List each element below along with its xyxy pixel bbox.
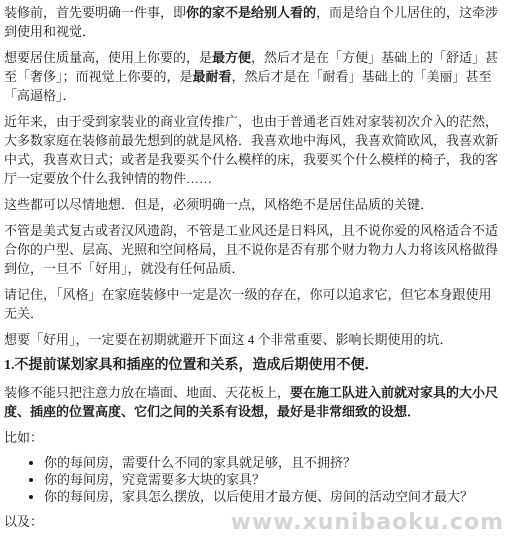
paragraph: 请记住，「风格」在家庭装修中一定是次一级的存在，你可以追求它，但它本身跟使用无关…	[4, 285, 502, 323]
text-run: 想要「好用」，一定要在初期就避开下面这 4 个非常重要、影响长期使用的坑．	[4, 332, 453, 347]
article-body: 装修前，首先要明确一件事，即你的家不是给别人看的，而是给自个儿居住的，这牵涉到使…	[0, 0, 506, 531]
text-run: 以及：	[4, 514, 43, 529]
paragraph: 想要居住质量高，使用上你要的，是最方便，然后才是在「方便」基础上的「舒适」甚至「…	[4, 48, 502, 105]
text-run: 近年来，由于受到家装业的商业宣传推广，也由于普通老百姓对家装初次介入的茫然，大多…	[4, 114, 498, 186]
paragraph: 这些都可以尽情地想．但是，必须明确一点，风格绝不是居住品质的关键．	[4, 195, 502, 214]
text-run: 装修不能只把注意力放在墙面、地面、天花板上，	[4, 385, 290, 400]
text-run: 不管是美式复古或者汉风遗韵，不管是工业风还是日料风，且不说你爱的风格适合不适合你…	[4, 223, 498, 276]
paragraph: 比如：	[4, 428, 502, 447]
list-item: 你的每间房，需要什么不同的家具就足够，且不拥挤？	[44, 454, 502, 471]
bold-run: 最方便	[212, 50, 251, 65]
list-item: 你的每间房，家具怎么摆放，以后使用才最方便、房间的活动空间才最大？	[44, 488, 502, 505]
paragraph: 近年来，由于受到家装业的商业宣传推广，也由于普通老百姓对家装初次介入的茫然，大多…	[4, 112, 502, 188]
text-run: 这些都可以尽情地想．但是，必须明确一点，风格绝不是居住品质的关键．	[4, 197, 433, 212]
bold-run: 你的家不是给别人看的	[186, 5, 316, 20]
text-run: 想要居住质量高，使用上你要的，是	[4, 50, 212, 65]
bold-run: 最耐看	[193, 69, 232, 84]
section-heading: 1.不提前谋划家具和插座的位置和关系，造成后期使用不便．	[4, 356, 502, 376]
text-run: 装修前，首先要明确一件事，即	[4, 5, 186, 20]
list-item: 你的每间房，究竟需要多大块的家具？	[44, 471, 502, 488]
paragraph: 不管是美式复古或者汉风遗韵，不管是工业风还是日料风，且不说你爱的风格适合不适合你…	[4, 221, 502, 278]
site-watermark: www.xunibaoku.com	[231, 510, 504, 535]
paragraph: 想要「好用」，一定要在初期就避开下面这 4 个非常重要、影响长期使用的坑．	[4, 330, 502, 349]
example-list: 你的每间房，需要什么不同的家具就足够，且不拥挤？ 你的每间房，究竟需要多大块的家…	[4, 454, 502, 505]
paragraph: 装修前，首先要明确一件事，即你的家不是给别人看的，而是给自个儿居住的，这牵涉到使…	[4, 3, 502, 41]
text-run: 比如：	[4, 430, 43, 445]
text-run: 请记住，「风格」在家庭装修中一定是次一级的存在，你可以追求它，但它本身跟使用无关…	[4, 287, 492, 321]
paragraph: 装修不能只把注意力放在墙面、地面、天花板上，要在施工队进入前就对家具的大小尺度、…	[4, 383, 502, 421]
bold-run: 1.不提前谋划家具和插座的位置和关系，造成后期使用不便．	[4, 358, 379, 373]
